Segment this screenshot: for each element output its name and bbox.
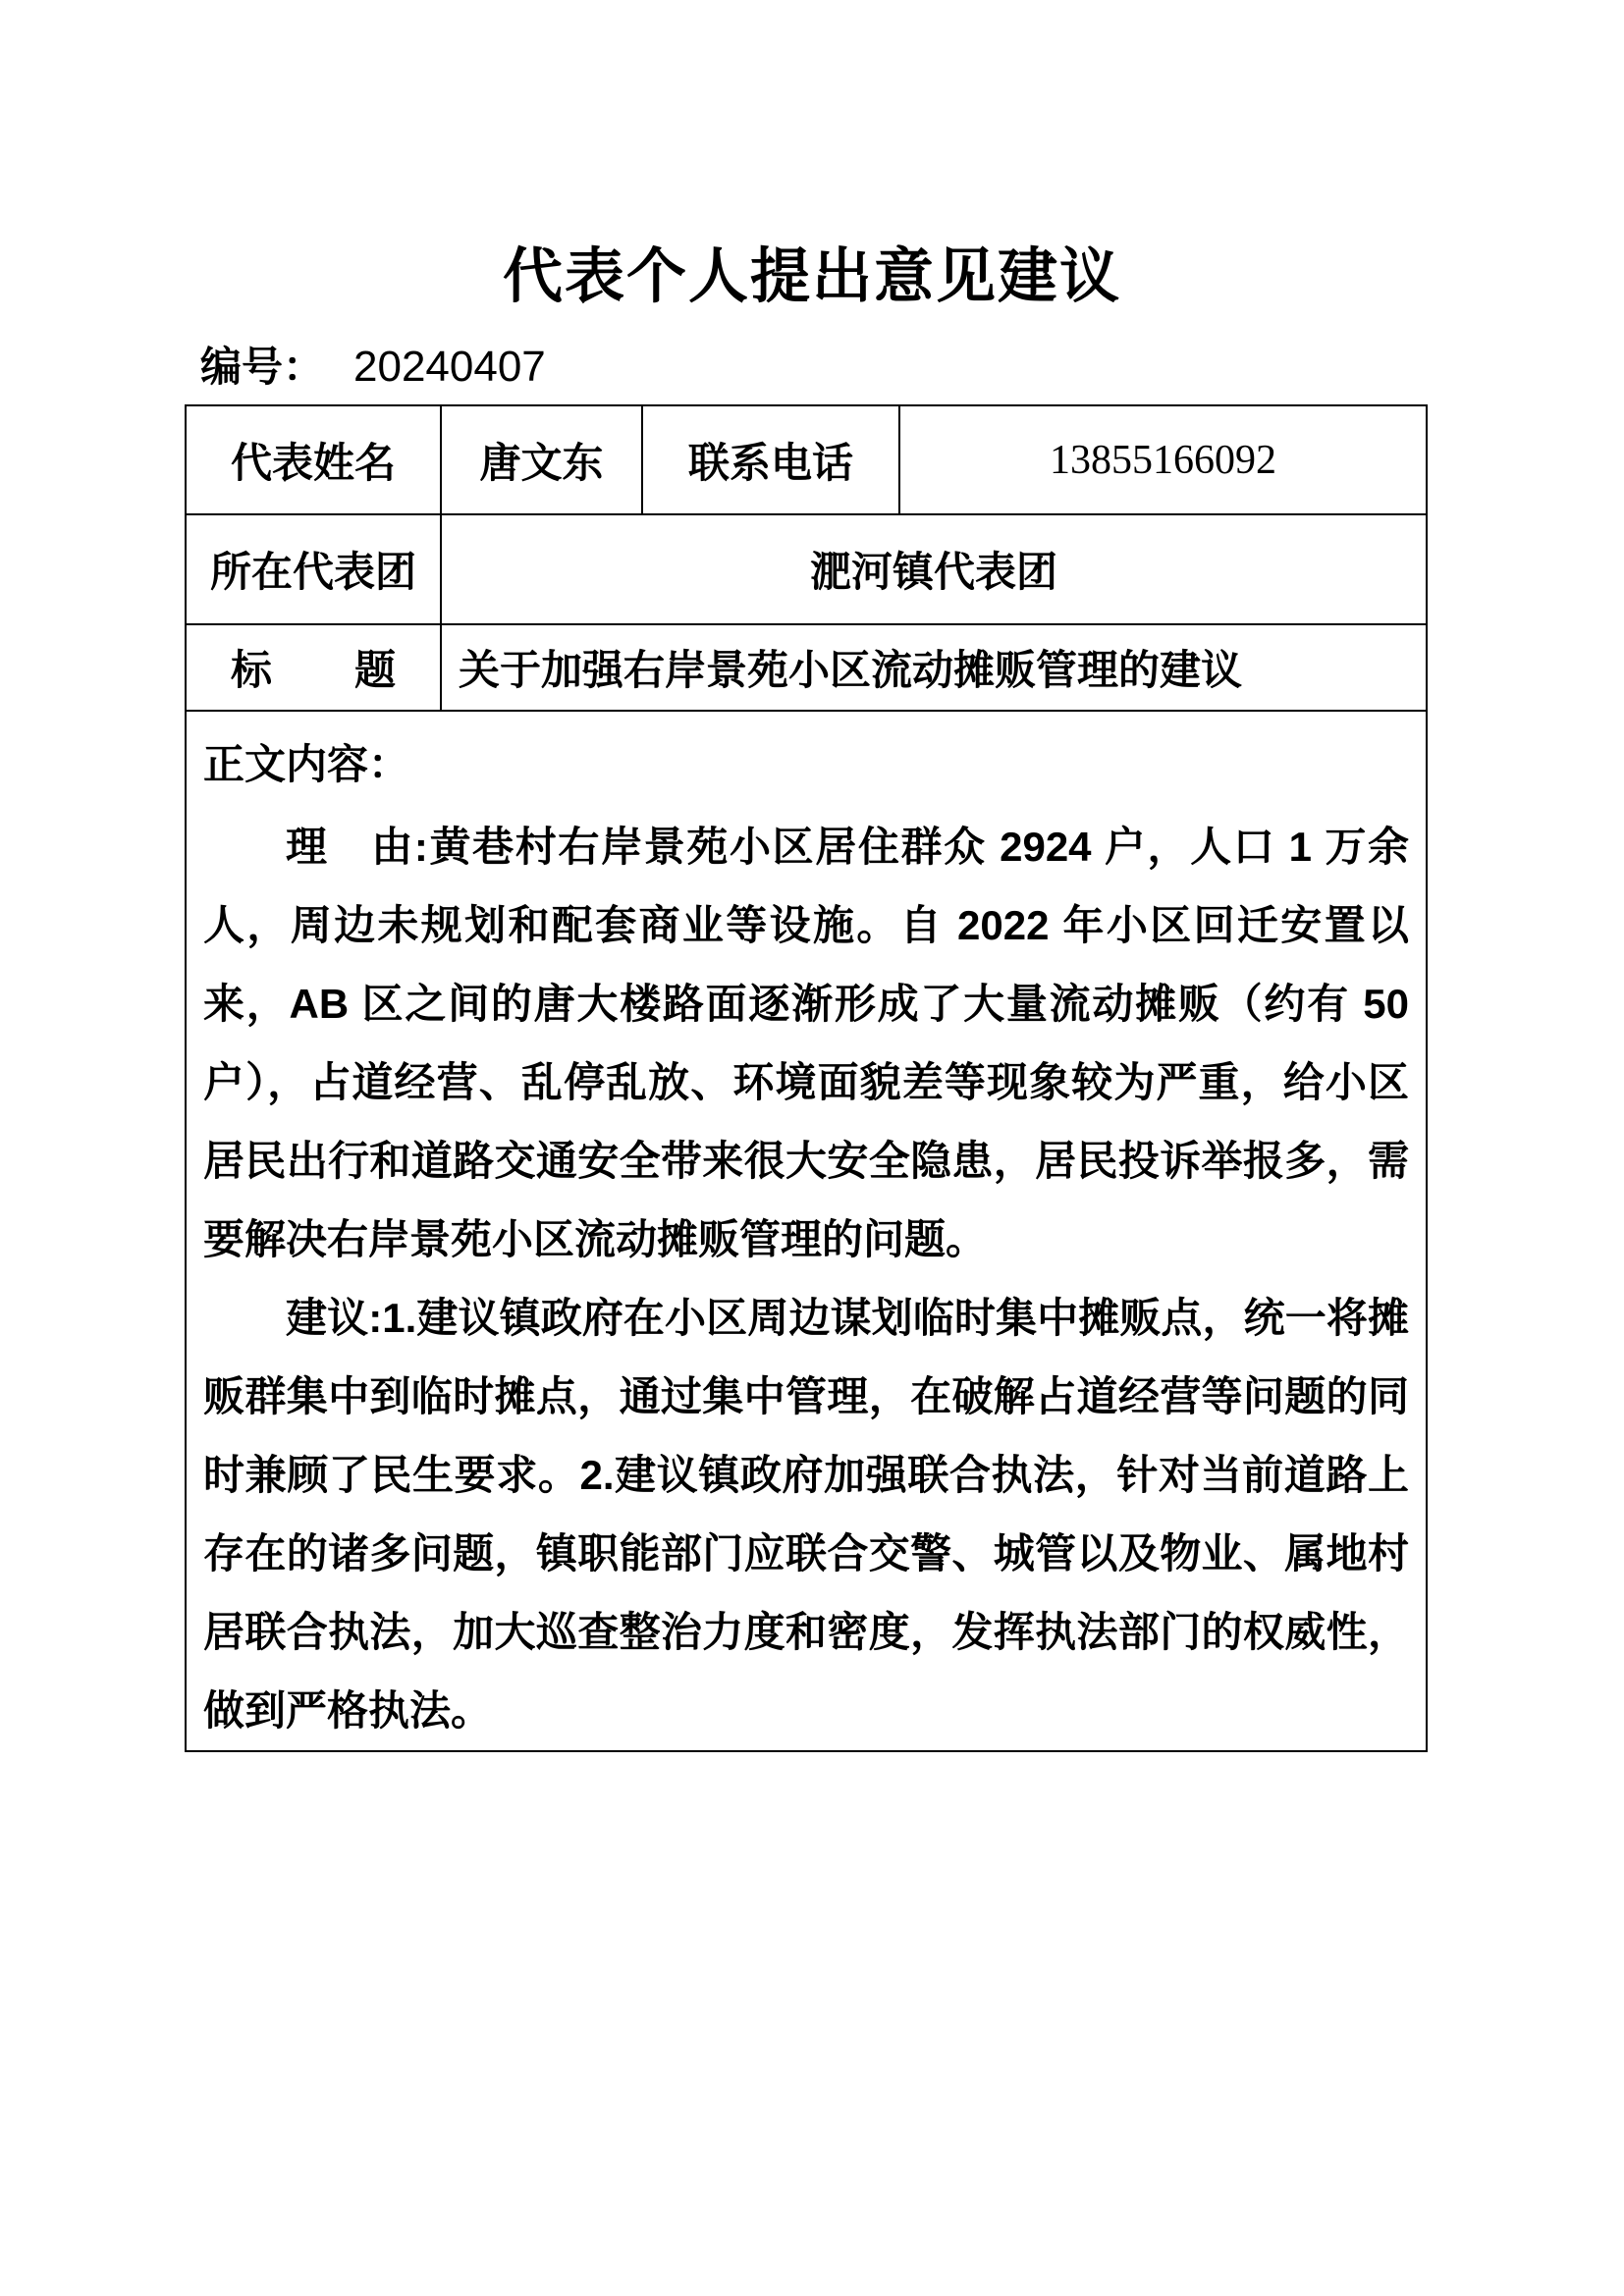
body-content-label: 正文内容：: [203, 737, 1409, 792]
document-title: 代表个人提出意见建议: [0, 229, 1624, 314]
rep-name-value-cell: 唐文东: [441, 405, 642, 514]
document-number-row: 编号：20240407: [200, 335, 546, 394]
table-row-body: 正文内容： 理 由:黄巷村右岸景苑小区居住群众 2924 户，人口 1 万余人，…: [186, 711, 1427, 1751]
table-row-title: 标 题 关于加强右岸景苑小区流动摊贩管理的建议: [186, 624, 1427, 711]
table-row-delegation: 所在代表团 淝河镇代表团: [186, 514, 1427, 624]
document-page: 代表个人提出意见建议 编号：20240407 代表姓名 唐文东 联系电话 138…: [0, 0, 1624, 2296]
phone-value-cell: 13855166092: [899, 405, 1427, 514]
info-table: 代表姓名 唐文东 联系电话 13855166092 所在代表团 淝河镇代表团 标…: [185, 404, 1428, 1752]
document-number-value: 20240407: [353, 343, 546, 391]
table-row-representative: 代表姓名 唐文东 联系电话 13855166092: [186, 405, 1427, 514]
delegation-value-cell: 淝河镇代表团: [441, 514, 1427, 624]
title-value-cell: 关于加强右岸景苑小区流动摊贩管理的建议: [441, 624, 1427, 711]
delegation-label-cell: 所在代表团: [186, 514, 441, 624]
document-number-label: 编号：: [200, 344, 324, 390]
body-paragraph-reason: 理 由:黄巷村右岸景苑小区居住群众 2924 户，人口 1 万余人，周边未规划和…: [203, 808, 1409, 1279]
phone-label-cell: 联系电话: [642, 405, 899, 514]
body-content-cell: 正文内容： 理 由:黄巷村右岸景苑小区居住群众 2924 户，人口 1 万余人，…: [186, 711, 1427, 1751]
title-label-cell: 标 题: [186, 624, 441, 711]
rep-name-label-cell: 代表姓名: [186, 405, 441, 514]
body-paragraph-suggestion: 建议:1.建议镇政府在小区周边谋划临时集中摊贩点，统一将摊贩群集中到临时摊点，通…: [203, 1279, 1409, 1750]
